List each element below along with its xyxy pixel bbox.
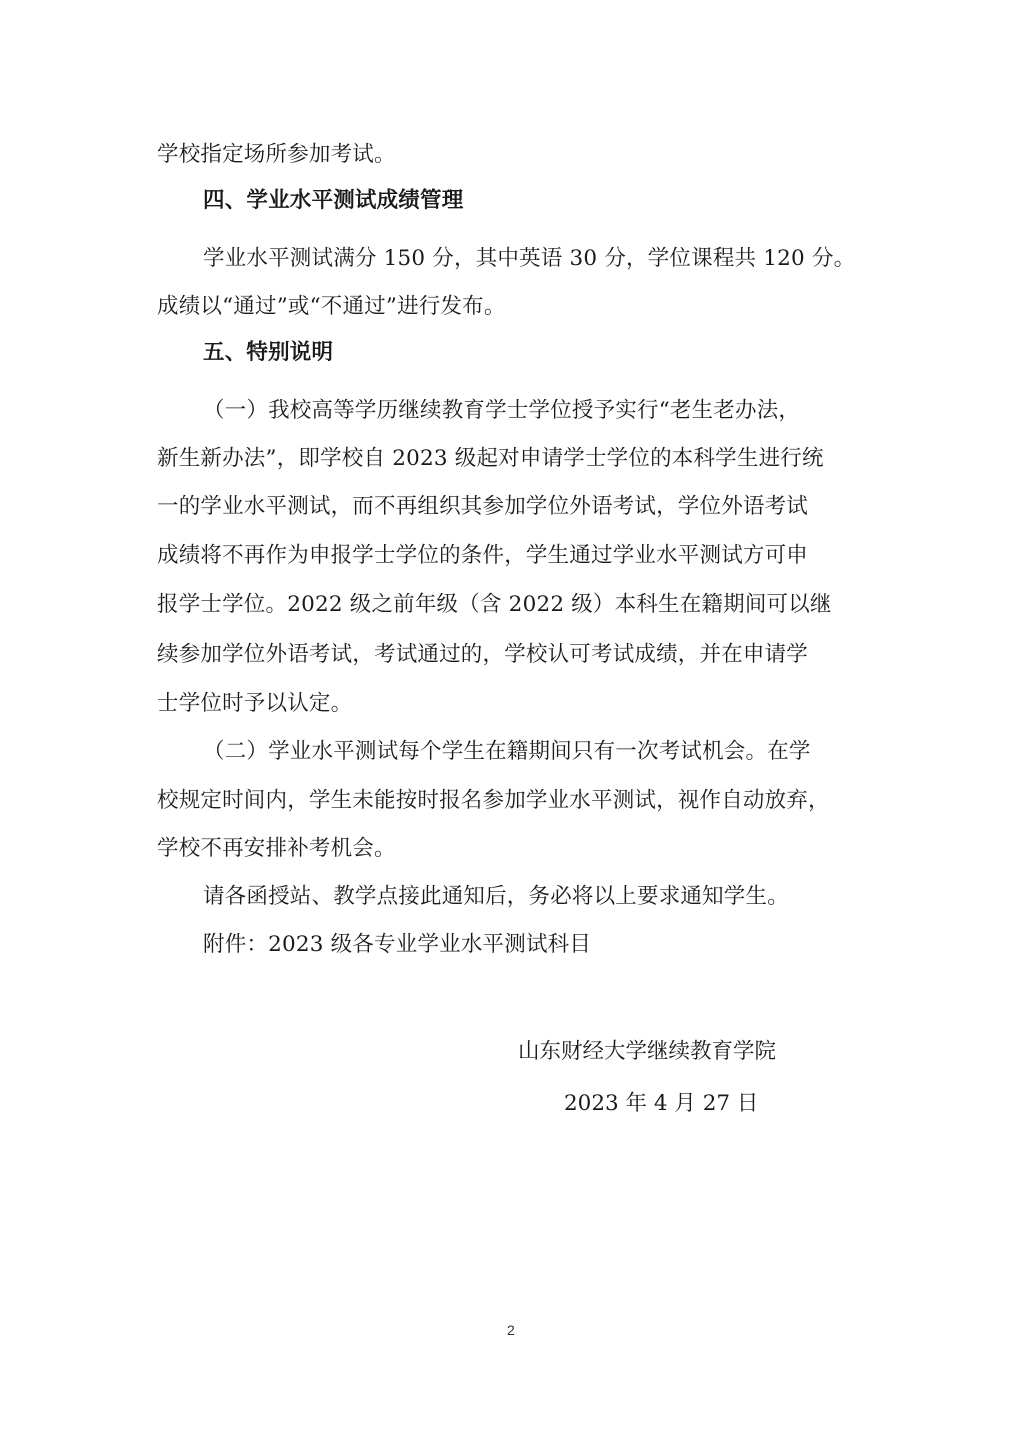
body-line: 报学士学位。2022 级之前年级（含 2022 级）本科生在籍期间可以继 (157, 590, 873, 620)
notice-line: 请各函授站、教学点接此通知后，务必将以上要求通知学生。 (203, 882, 873, 912)
body-line: （二）学业水平测试每个学生在籍期间只有一次考试机会。在学 (203, 737, 873, 767)
body-line: 学校指定场所参加考试。 (157, 140, 873, 170)
section-heading-5: 五、特别说明 (203, 338, 873, 368)
body-line: 续参加学位外语考试，考试通过的，学校认可考试成绩，并在申请学 (157, 640, 873, 670)
signature-date: 2023 年 4 月 27 日 (564, 1089, 758, 1119)
body-line: 士学位时予以认定。 (157, 689, 873, 719)
attachment-line: 附件：2023 级各专业学业水平测试科目 (203, 930, 873, 960)
body-line: 新生新办法”，即学校自 2023 级起对申请学士学位的本科学生进行统 (157, 444, 873, 474)
document-page: 学校指定场所参加考试。 四、学业水平测试成绩管理 学业水平测试满分 150 分，… (0, 0, 1024, 1448)
body-line: 成绩以“通过”或“不通过”进行发布。 (157, 292, 873, 322)
signature-organization: 山东财经大学继续教育学院 (518, 1037, 776, 1067)
body-line: 校规定时间内，学生未能按时报名参加学业水平测试，视作自动放弃， (157, 786, 873, 816)
section-heading-4: 四、学业水平测试成绩管理 (203, 186, 873, 216)
body-line: 学业水平测试满分 150 分，其中英语 30 分，学位课程共 120 分。 (203, 244, 873, 274)
body-line: 成绩将不再作为申报学士学位的条件，学生通过学业水平测试方可申 (157, 541, 873, 571)
body-line: （一）我校高等学历继续教育学士学位授予实行“老生老办法， (203, 396, 873, 426)
body-line: 学校不再安排补考机会。 (157, 834, 873, 864)
body-line: 一的学业水平测试，而不再组织其参加学位外语考试，学位外语考试 (157, 492, 873, 522)
page-number: 2 (507, 1322, 515, 1338)
